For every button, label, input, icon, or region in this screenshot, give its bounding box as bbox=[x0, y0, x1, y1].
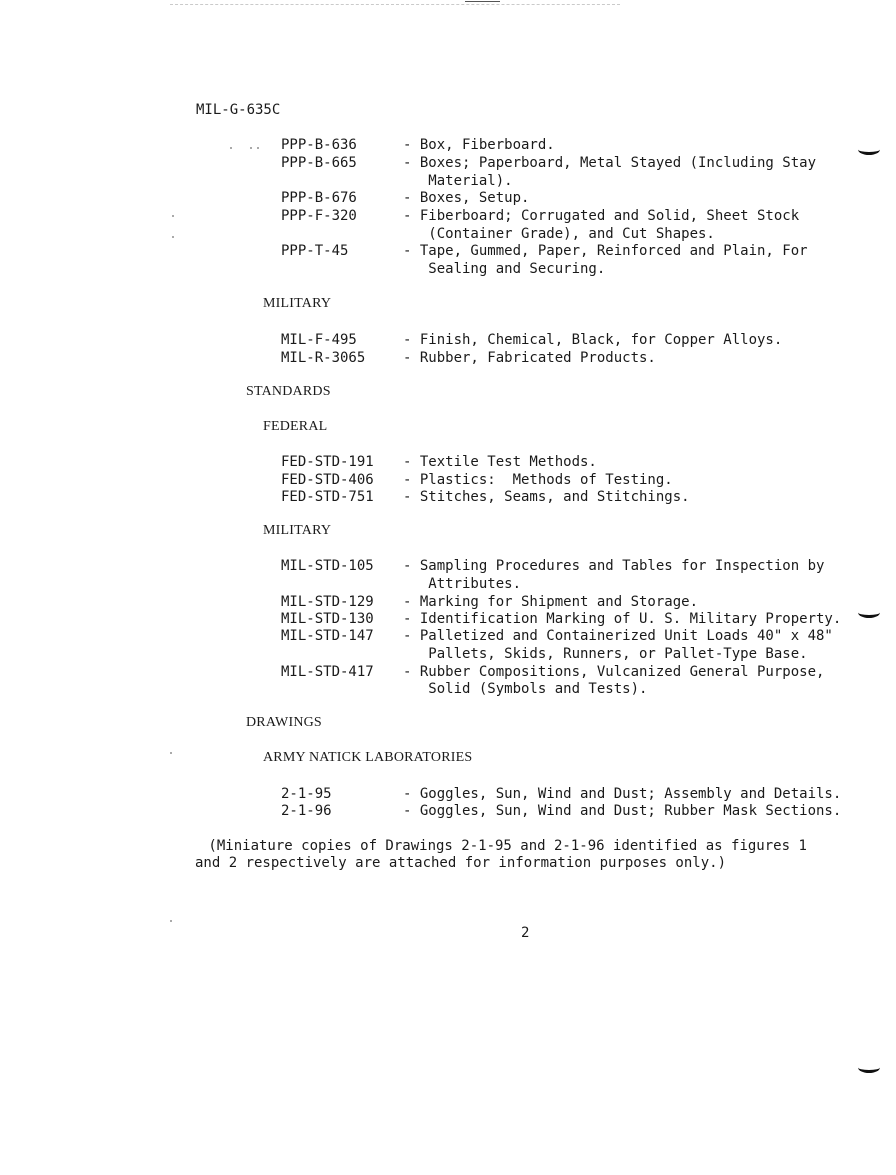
std-code: FED-STD-406 bbox=[281, 472, 374, 488]
std-code: MIL-STD-129 bbox=[281, 594, 374, 610]
section-heading-military-specs: MILITARY bbox=[263, 296, 331, 312]
section-heading-army-natick: ARMY NATICK LABORATORIES bbox=[263, 750, 472, 766]
std-code: MIL-STD-147 bbox=[281, 628, 374, 644]
std-desc-cont: Solid (Symbols and Tests). bbox=[403, 681, 647, 699]
std-code: FED-STD-191 bbox=[281, 454, 374, 470]
scan-dot bbox=[172, 236, 174, 238]
drawing-code: 2-1-95 bbox=[281, 786, 332, 802]
spec-desc-cont: Sealing and Securing. bbox=[403, 261, 605, 279]
scan-dot bbox=[230, 147, 232, 149]
note-line-2: and 2 respectively are attached for info… bbox=[195, 855, 726, 873]
spec-desc: - Fiberboard; Corrugated and Solid, Shee… bbox=[403, 208, 799, 226]
spec-code: PPP-B-676 bbox=[281, 190, 357, 206]
section-heading-military-standards: MILITARY bbox=[263, 523, 331, 539]
std-desc-cont: Pallets, Skids, Runners, or Pallet-Type … bbox=[403, 646, 808, 664]
drawing-desc: - Goggles, Sun, Wind and Dust; Rubber Ma… bbox=[403, 803, 841, 821]
section-heading-standards: STANDARDS bbox=[246, 384, 331, 400]
spec-desc: - Rubber, Fabricated Products. bbox=[403, 350, 656, 368]
spec-desc: - Boxes, Setup. bbox=[403, 190, 529, 208]
spec-code: MIL-F-495 bbox=[281, 332, 357, 348]
std-desc: - Textile Test Methods. bbox=[403, 454, 597, 472]
spec-desc: - Tape, Gummed, Paper, Reinforced and Pl… bbox=[403, 243, 808, 261]
scan-dot bbox=[170, 920, 172, 922]
spec-desc-cont: Material). bbox=[403, 173, 513, 191]
std-code: MIL-STD-417 bbox=[281, 664, 374, 680]
spec-code: MIL-R-3065 bbox=[281, 350, 365, 366]
spec-desc-cont: (Container Grade), and Cut Shapes. bbox=[403, 226, 715, 244]
std-desc: - Rubber Compositions, Vulcanized Genera… bbox=[403, 664, 824, 682]
scan-dot bbox=[250, 147, 252, 149]
spec-code: PPP-T-45 bbox=[281, 243, 348, 259]
std-desc-cont: Attributes. bbox=[403, 576, 521, 594]
document-id: MIL-G-635C bbox=[196, 102, 280, 118]
drawing-desc: - Goggles, Sun, Wind and Dust; Assembly … bbox=[403, 786, 841, 804]
spec-code: PPP-B-665 bbox=[281, 155, 357, 171]
scan-dot bbox=[170, 752, 172, 754]
drawing-code: 2-1-96 bbox=[281, 803, 332, 819]
std-desc: - Stitches, Seams, and Stitchings. bbox=[403, 489, 690, 507]
scan-dot bbox=[257, 147, 259, 149]
binder-mark bbox=[858, 607, 880, 618]
spec-desc: - Box, Fiberboard. bbox=[403, 137, 555, 155]
std-desc: - Sampling Procedures and Tables for Ins… bbox=[403, 558, 824, 576]
std-code: FED-STD-751 bbox=[281, 489, 374, 505]
std-desc: - Marking for Shipment and Storage. bbox=[403, 594, 698, 612]
spec-code: PPP-B-636 bbox=[281, 137, 357, 153]
section-heading-federal: FEDERAL bbox=[263, 419, 327, 435]
std-desc: - Plastics: Methods of Testing. bbox=[403, 472, 673, 490]
section-heading-drawings: DRAWINGS bbox=[246, 715, 322, 731]
std-desc: - Identification Marking of U. S. Milita… bbox=[403, 611, 841, 629]
scan-artifact-bar bbox=[465, 1, 500, 2]
binder-mark bbox=[858, 144, 880, 155]
std-code: MIL-STD-105 bbox=[281, 558, 374, 574]
spec-desc: - Boxes; Paperboard, Metal Stayed (Inclu… bbox=[403, 155, 816, 173]
page-number: 2 bbox=[521, 925, 529, 941]
binder-mark bbox=[858, 1062, 880, 1073]
document-page: MIL-G-635C PPP-B-636 - Box, Fiberboard. … bbox=[0, 0, 896, 1175]
scan-artifact-top bbox=[170, 4, 620, 11]
note-line-1: (Miniature copies of Drawings 2-1-95 and… bbox=[200, 838, 807, 856]
std-desc: - Palletized and Containerized Unit Load… bbox=[403, 628, 833, 646]
spec-desc: - Finish, Chemical, Black, for Copper Al… bbox=[403, 332, 782, 350]
spec-code: PPP-F-320 bbox=[281, 208, 357, 224]
std-code: MIL-STD-130 bbox=[281, 611, 374, 627]
scan-dot bbox=[172, 215, 174, 217]
